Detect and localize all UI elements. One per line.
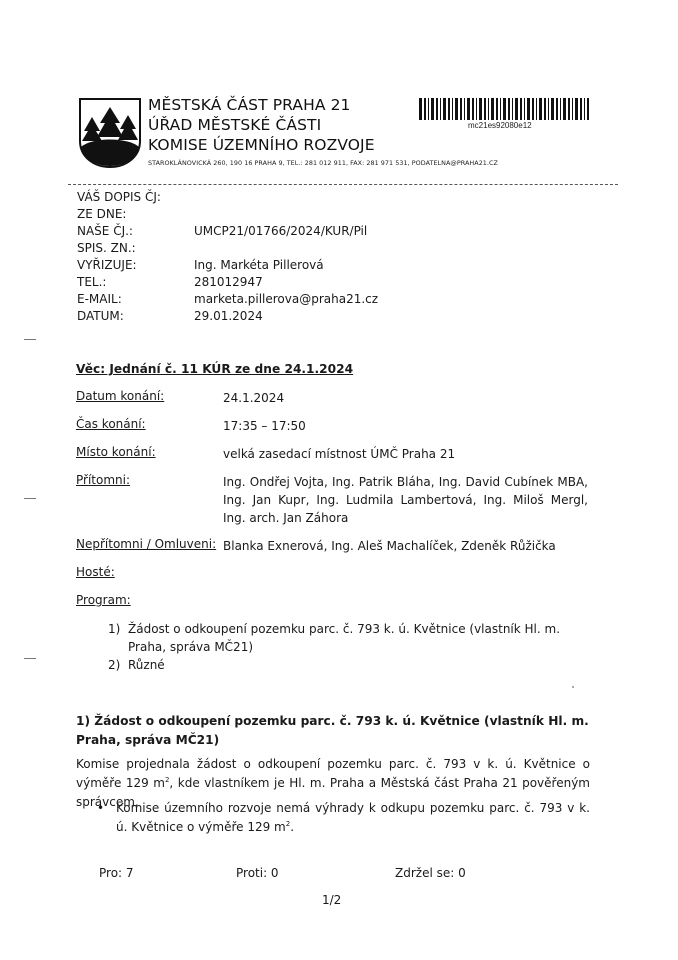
header-address: STAROKLÁNOVICKÁ 260, 190 16 PRAHA 9, TEL…: [148, 159, 498, 167]
reference-row: E-MAIL:marketa.pillerova@praha21.cz: [77, 291, 378, 308]
barcode-text: mc21es92080e12: [468, 121, 532, 130]
reference-row: VÁŠ DOPIS ČJ:: [77, 189, 378, 206]
program-item-text: Žádost o odkoupení pozemku parc. č. 793 …: [128, 620, 588, 656]
meeting-time-value: 17:35 – 17:50: [223, 417, 588, 435]
meeting-place-value: velká zasedací místnost ÚMČ Praha 21: [223, 445, 588, 463]
reference-value: 29.01.2024: [194, 308, 263, 325]
meeting-date-row: Datum konání: 24.1.2024: [76, 389, 588, 407]
resolution-text-part: Komise územního rozvoje nemá výhrady k o…: [116, 801, 590, 834]
section-1-resolution: • Komise územního rozvoje nemá výhrady k…: [97, 799, 590, 837]
reference-value: Ing. Markéta Pillerová: [194, 257, 324, 274]
absentees-value: Blanka Exnerová, Ing. Aleš Machalíček, Z…: [223, 537, 588, 555]
attendees-row: Přítomni: Ing. Ondřej Vojta, Ing. Patrik…: [76, 473, 588, 527]
header-line-3: KOMISE ÚZEMNÍHO ROZVOJE: [148, 136, 375, 154]
absentees-label: Nepřítomni / Omluveni:: [76, 537, 223, 555]
vote-for: Pro: 7: [99, 866, 134, 880]
margin-mark: [24, 498, 36, 499]
reference-label: TEL.:: [77, 274, 194, 291]
reference-row: DATUM:29.01.2024: [77, 308, 378, 325]
meeting-date-label: Datum konání:: [76, 389, 223, 407]
reference-row: SPIS. ZN.:: [77, 240, 378, 257]
reference-block: VÁŠ DOPIS ČJ:ZE DNE:NAŠE ČJ.:UMCP21/0176…: [77, 189, 378, 325]
section-1-title: 1) Žádost o odkoupení pozemku parc. č. 7…: [76, 712, 590, 750]
guests-label: Hosté:: [76, 565, 115, 579]
vote-against: Proti: 0: [236, 866, 279, 880]
reference-label: SPIS. ZN.:: [77, 240, 194, 257]
reference-row: NAŠE ČJ.:UMCP21/01766/2024/KUR/Pil: [77, 223, 378, 240]
reference-value: UMCP21/01766/2024/KUR/Pil: [194, 223, 367, 240]
barcode-icon: [419, 98, 589, 120]
reference-value: 281012947: [194, 274, 263, 291]
scan-speck: [572, 686, 574, 688]
program-item-number: 1): [108, 620, 128, 656]
margin-mark: [24, 339, 36, 340]
coat-of-arms-trees-icon: [78, 97, 142, 169]
page-number: 1/2: [322, 893, 341, 907]
meeting-place-label: Místo konání:: [76, 445, 223, 463]
reference-row: TEL.:281012947: [77, 274, 378, 291]
meeting-time-label: Čas konání:: [76, 417, 223, 435]
vote-abstain: Zdržel se: 0: [395, 866, 466, 880]
subject-heading: Věc: Jednání č. 11 KÚR ze dne 24.1.2024: [76, 362, 353, 376]
reference-label: ZE DNE:: [77, 206, 194, 223]
absentees-row: Nepřítomni / Omluveni: Blanka Exnerová, …: [76, 537, 588, 555]
resolution-text: Komise územního rozvoje nemá výhrady k o…: [116, 799, 590, 837]
bullet-icon: •: [97, 799, 116, 837]
attendees-label: Přítomni:: [76, 473, 223, 527]
program-item-text: Různé: [128, 656, 588, 674]
reference-label: DATUM:: [77, 308, 194, 325]
program-item: 2) Různé: [108, 656, 588, 674]
meeting-date-value: 24.1.2024: [223, 389, 588, 407]
header-divider: [68, 184, 618, 185]
resolution-text-part: .: [290, 820, 294, 834]
margin-mark: [24, 658, 36, 659]
reference-label: VYŘIZUJE:: [77, 257, 194, 274]
reference-label: VÁŠ DOPIS ČJ:: [77, 189, 194, 206]
reference-row: VYŘIZUJE:Ing. Markéta Pillerová: [77, 257, 378, 274]
meeting-place-row: Místo konání: velká zasedací místnost ÚM…: [76, 445, 588, 463]
program-list: 1) Žádost o odkoupení pozemku parc. č. 7…: [108, 620, 588, 674]
header-line-1: MĚSTSKÁ ČÁST PRAHA 21: [148, 96, 351, 114]
meeting-time-row: Čas konání: 17:35 – 17:50: [76, 417, 588, 435]
program-item-number: 2): [108, 656, 128, 674]
reference-label: E-MAIL:: [77, 291, 194, 308]
header-line-2: ÚŘAD MĚSTSKÉ ČÁSTI: [148, 116, 321, 134]
reference-row: ZE DNE:: [77, 206, 378, 223]
reference-value: marketa.pillerova@praha21.cz: [194, 291, 378, 308]
program-item: 1) Žádost o odkoupení pozemku parc. č. 7…: [108, 620, 588, 656]
attendees-value: Ing. Ondřej Vojta, Ing. Patrik Bláha, In…: [223, 473, 588, 527]
program-label: Program:: [76, 593, 131, 607]
reference-label: NAŠE ČJ.:: [77, 223, 194, 240]
